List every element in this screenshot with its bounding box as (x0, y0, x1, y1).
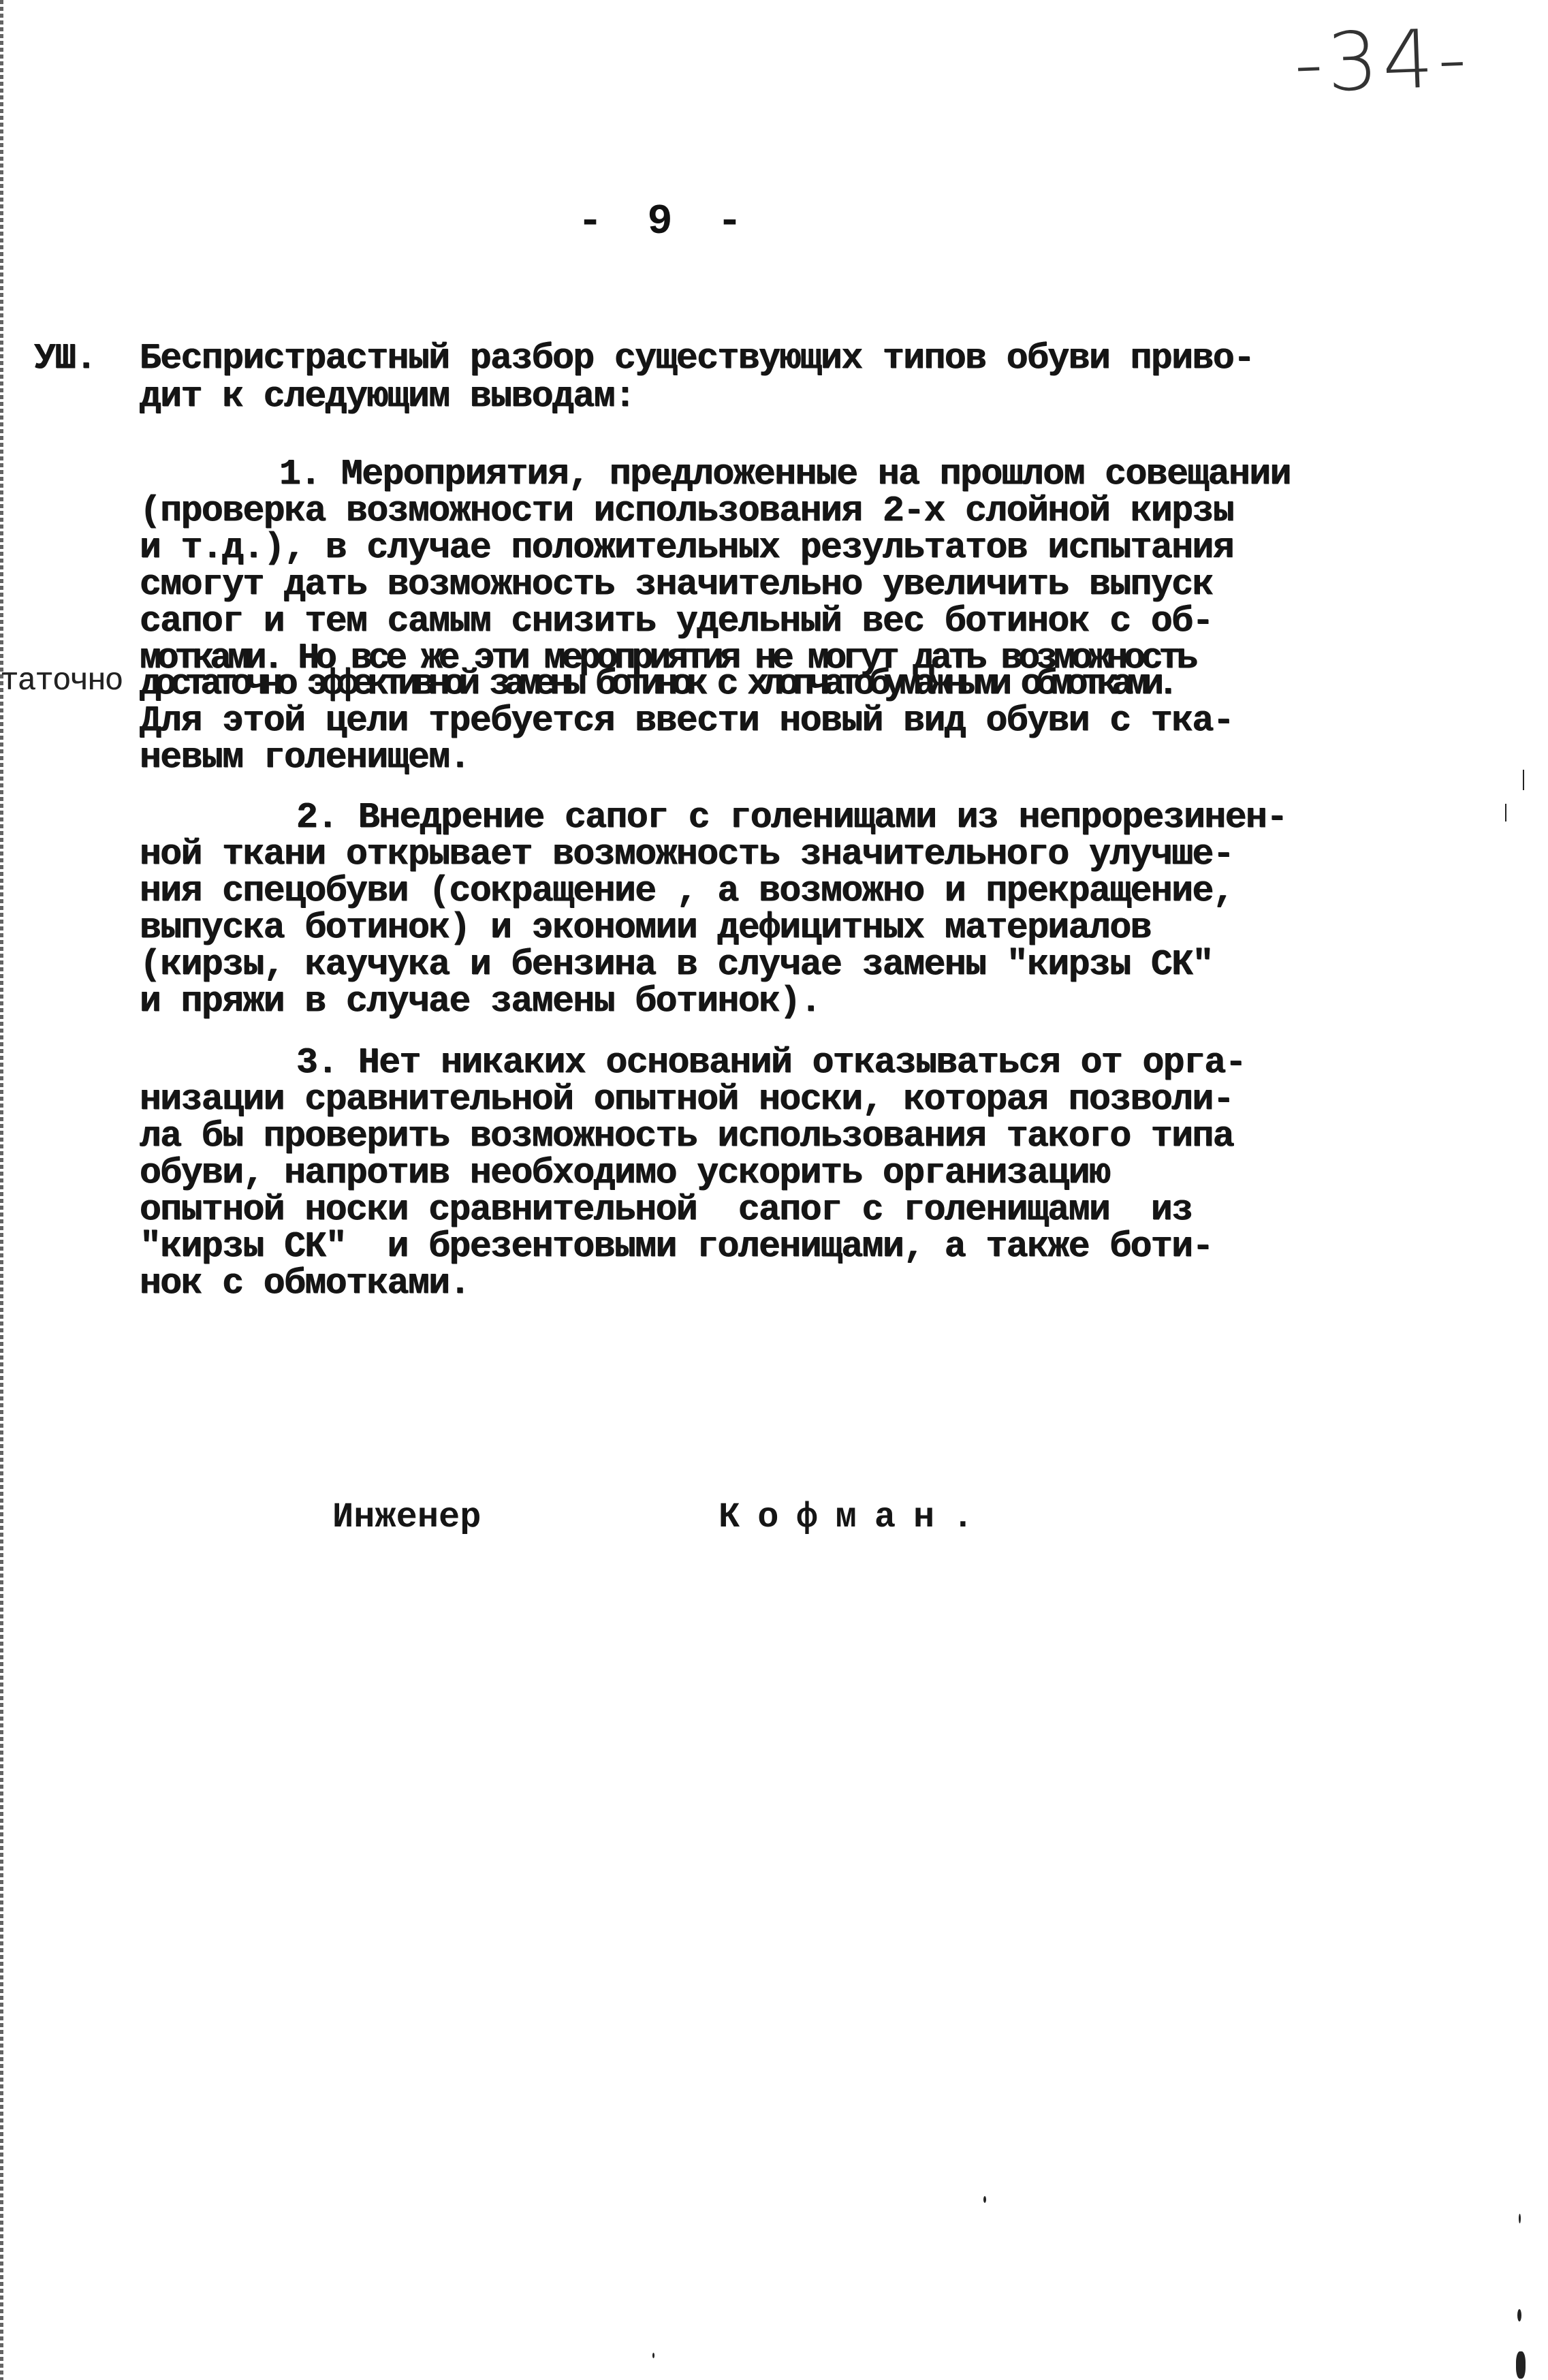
paragraph-1-line: и т.д.), в случае положительных результа… (140, 529, 1233, 567)
scan-speck (983, 2196, 986, 2203)
scan-speck (1523, 770, 1524, 790)
paragraph-1-line: 1. Мероприятия, предложенные на прошлом … (279, 455, 1291, 493)
paragraph-1-line: смогут дать возможность значительно увел… (140, 565, 1213, 604)
paragraph-2-line: ния спецобуви (сокращение , а возможно и… (140, 872, 1233, 910)
paragraph-1-line: (проверка возможности использования 2-х … (140, 492, 1233, 530)
page-number: - 9 - (578, 198, 752, 246)
paragraph-3-line: нок с обмотками. (140, 1264, 470, 1302)
paragraph-3-line: обуви, напротив необходимо ускорить орга… (140, 1154, 1109, 1192)
scan-speck (1519, 2214, 1521, 2223)
archive-sheet-number: -34- (1293, 11, 1472, 111)
paragraph-2-line: (кирзы, каучука и бензина в случае замен… (140, 945, 1213, 984)
paragraph-2-line: ной ткани открывает возможность значител… (140, 835, 1233, 873)
scan-speck (1517, 2309, 1521, 2321)
scan-speck (652, 2353, 654, 2358)
section-numeral: УШ. (34, 339, 96, 377)
paragraph-2-line: и пряжи в случае замены ботинок). (140, 982, 821, 1020)
signature-title: Инженер (332, 1497, 481, 1537)
paragraph-3-line: 3. Нет никаких оснований отказываться от… (296, 1044, 1246, 1082)
paragraph-2-line: выпуска ботинок) и экономии дефицитных м… (140, 909, 1151, 947)
paragraph-1-line-overtyped: достаточно эффективной замены ботинок с … (140, 665, 1173, 703)
paragraph-3-line: опытной носки сравнительной сапог с голе… (140, 1191, 1192, 1229)
scan-speck (1516, 2351, 1526, 2379)
paragraph-3-line: "кирзы СК" и брезентовыми голенищами, а … (140, 1227, 1213, 1266)
paragraph-1-line: Для этой цели требуется ввести новый вид… (140, 702, 1233, 740)
signature-name: Кофман. (718, 1497, 991, 1537)
paragraph-3-line: ла бы проверить возможность использовани… (140, 1117, 1233, 1155)
paragraph-1-line: сапог и тем самым снизить удельный вес б… (140, 602, 1213, 640)
paragraph-1-line: невым голенищем. (140, 738, 470, 777)
paragraph-2-line: 2. Внедрение сапог с голенищами из непро… (296, 798, 1287, 836)
scan-speck (1505, 804, 1506, 821)
paragraph-1-overtyped-prefix: таточно (0, 662, 122, 700)
section-line: дит к следующим выводам: (140, 377, 635, 416)
section-line: Беспристрастный разбор существующих типо… (140, 339, 1254, 377)
scan-left-edge (0, 0, 3, 2380)
paragraph-3-line: низации сравнительной опытной носки, кот… (140, 1080, 1233, 1118)
